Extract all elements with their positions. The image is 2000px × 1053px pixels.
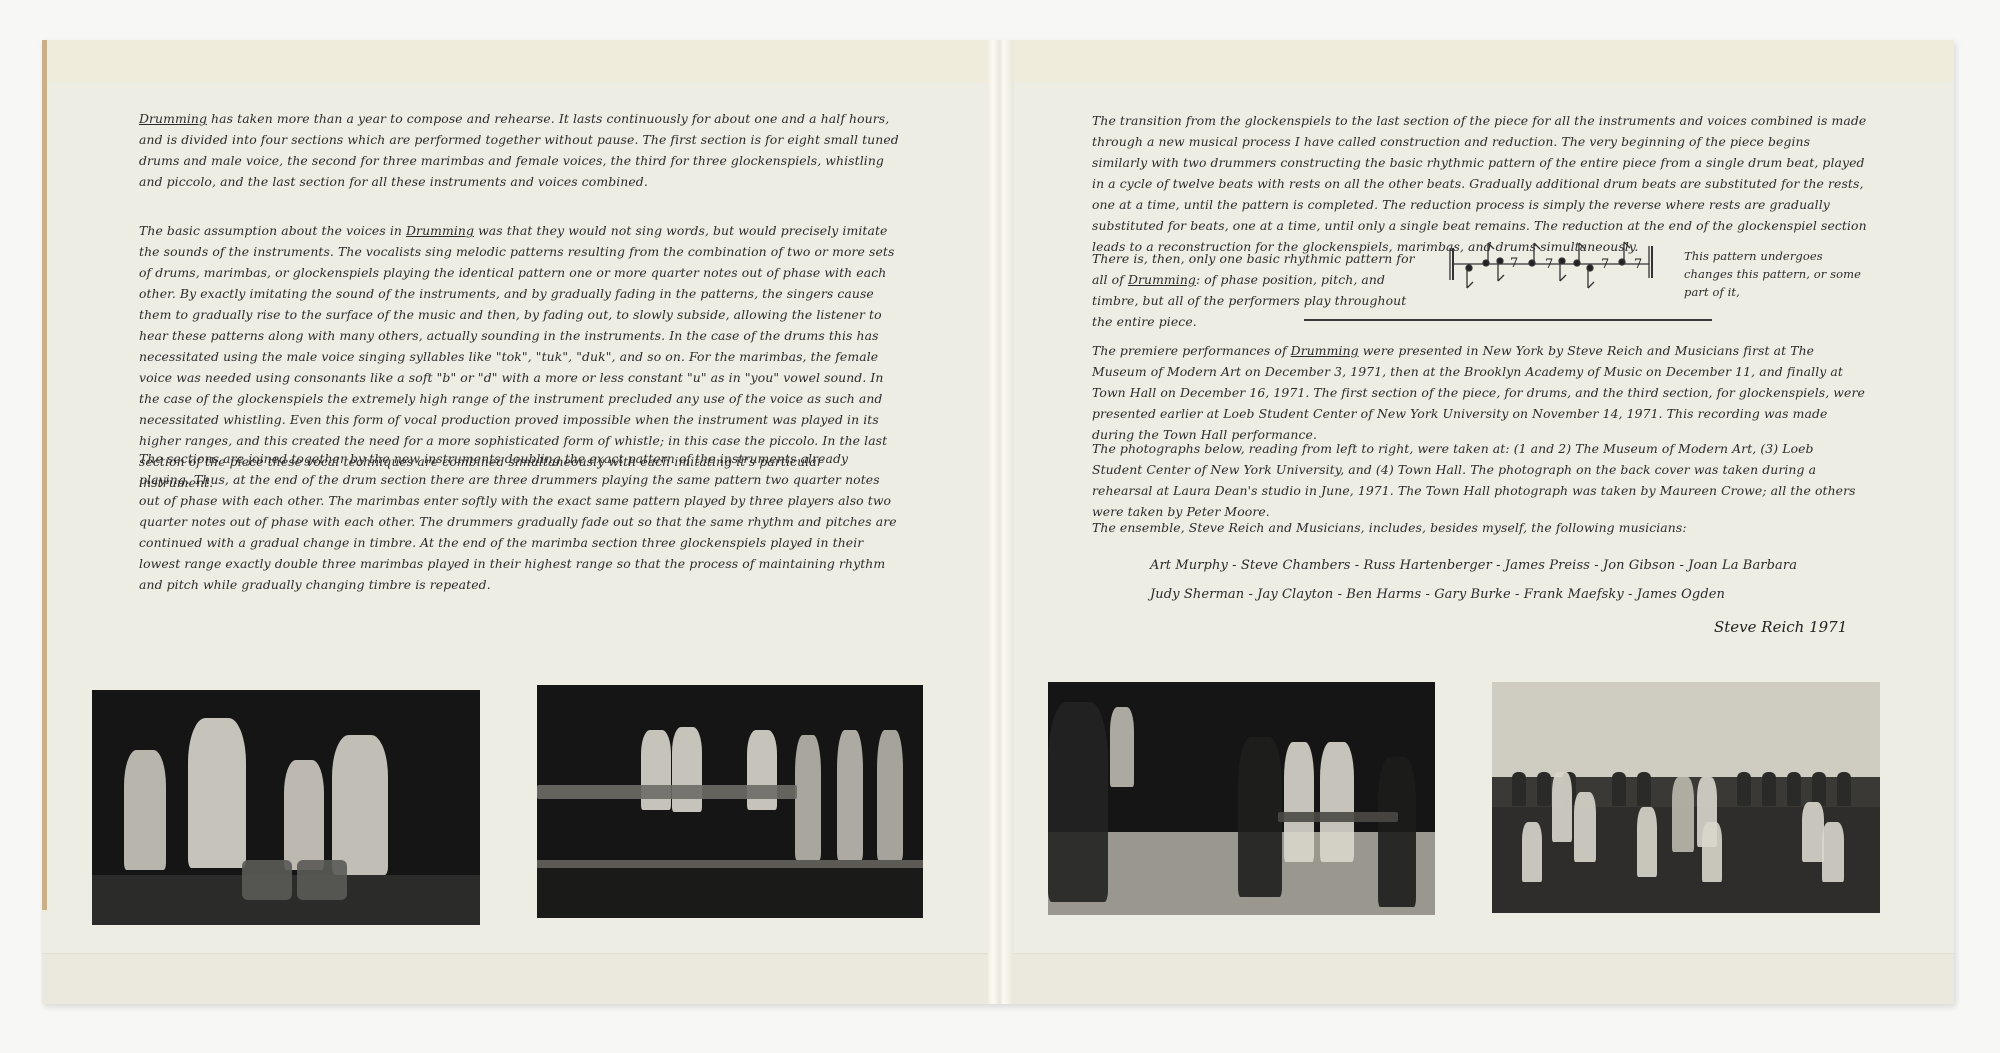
horizontal-divider: [1304, 319, 1712, 321]
photo-1-drummers: [92, 690, 480, 925]
paragraph-intro: Drumming has taken more than a year to c…: [139, 108, 899, 192]
paragraph-premiere: The premiere performances of Drumming we…: [1092, 340, 1867, 445]
paragraph-photo-credits: The photographs below, reading from left…: [1092, 438, 1867, 522]
paragraph-prefix: The premiere performances of: [1092, 343, 1291, 358]
photo-3-glockenspiels: [1048, 682, 1435, 915]
musicians-row-2: Judy Sherman - Jay Clayton - Ben Harms -…: [1150, 584, 1890, 605]
paragraph-text: The sections are joined together by the …: [139, 451, 897, 592]
gatefold-spine: [988, 40, 1014, 1004]
title-reference: Drumming: [406, 223, 474, 238]
rhythm-notation-icon: 7 7 7 7: [1444, 240, 1669, 300]
paragraph-prefix: The basic assumption about the voices in: [139, 223, 406, 238]
musician-names: Judy Sherman - Jay Clayton - Ben Harms -…: [1150, 587, 1725, 602]
paragraph-text: The transition from the glockenspiels to…: [1092, 113, 1867, 254]
gatefold-sheet: Drumming has taken more than a year to c…: [42, 40, 1954, 1004]
right-page: The transition from the glockenspiels to…: [1014, 40, 1954, 1004]
svg-text:7: 7: [1601, 257, 1609, 272]
left-page: Drumming has taken more than a year to c…: [42, 40, 988, 1004]
paragraph-sections: The sections are joined together by the …: [139, 448, 899, 595]
svg-text:7: 7: [1634, 257, 1642, 272]
svg-text:7: 7: [1510, 256, 1518, 271]
svg-text:7: 7: [1545, 257, 1553, 272]
photo-2-marimbas: [537, 685, 923, 918]
author-signature: Steve Reich 1971: [1714, 618, 1847, 636]
ensemble-intro: The ensemble, Steve Reich and Musicians,…: [1092, 517, 1867, 538]
paragraph-construction-reduction: The transition from the glockenspiels to…: [1092, 110, 1867, 257]
photo-4-town-hall: [1492, 682, 1880, 913]
paragraph-text: The ensemble, Steve Reich and Musicians,…: [1092, 520, 1687, 535]
title-reference: Drumming: [1291, 343, 1359, 358]
side-note-text: This pattern undergoes changes this patt…: [1684, 249, 1861, 299]
paragraph-text: has taken more than a year to compose an…: [139, 111, 899, 189]
pattern-side-note: This pattern undergoes changes this patt…: [1684, 247, 1874, 301]
musicians-row-1: Art Murphy - Steve Chambers - Russ Harte…: [1150, 555, 1890, 576]
paragraph-text: The photographs below, reading from left…: [1092, 441, 1856, 519]
title-reference: Drumming: [1128, 272, 1196, 287]
title-reference: Drumming: [139, 111, 207, 126]
musician-names: Art Murphy - Steve Chambers - Russ Harte…: [1150, 558, 1797, 573]
